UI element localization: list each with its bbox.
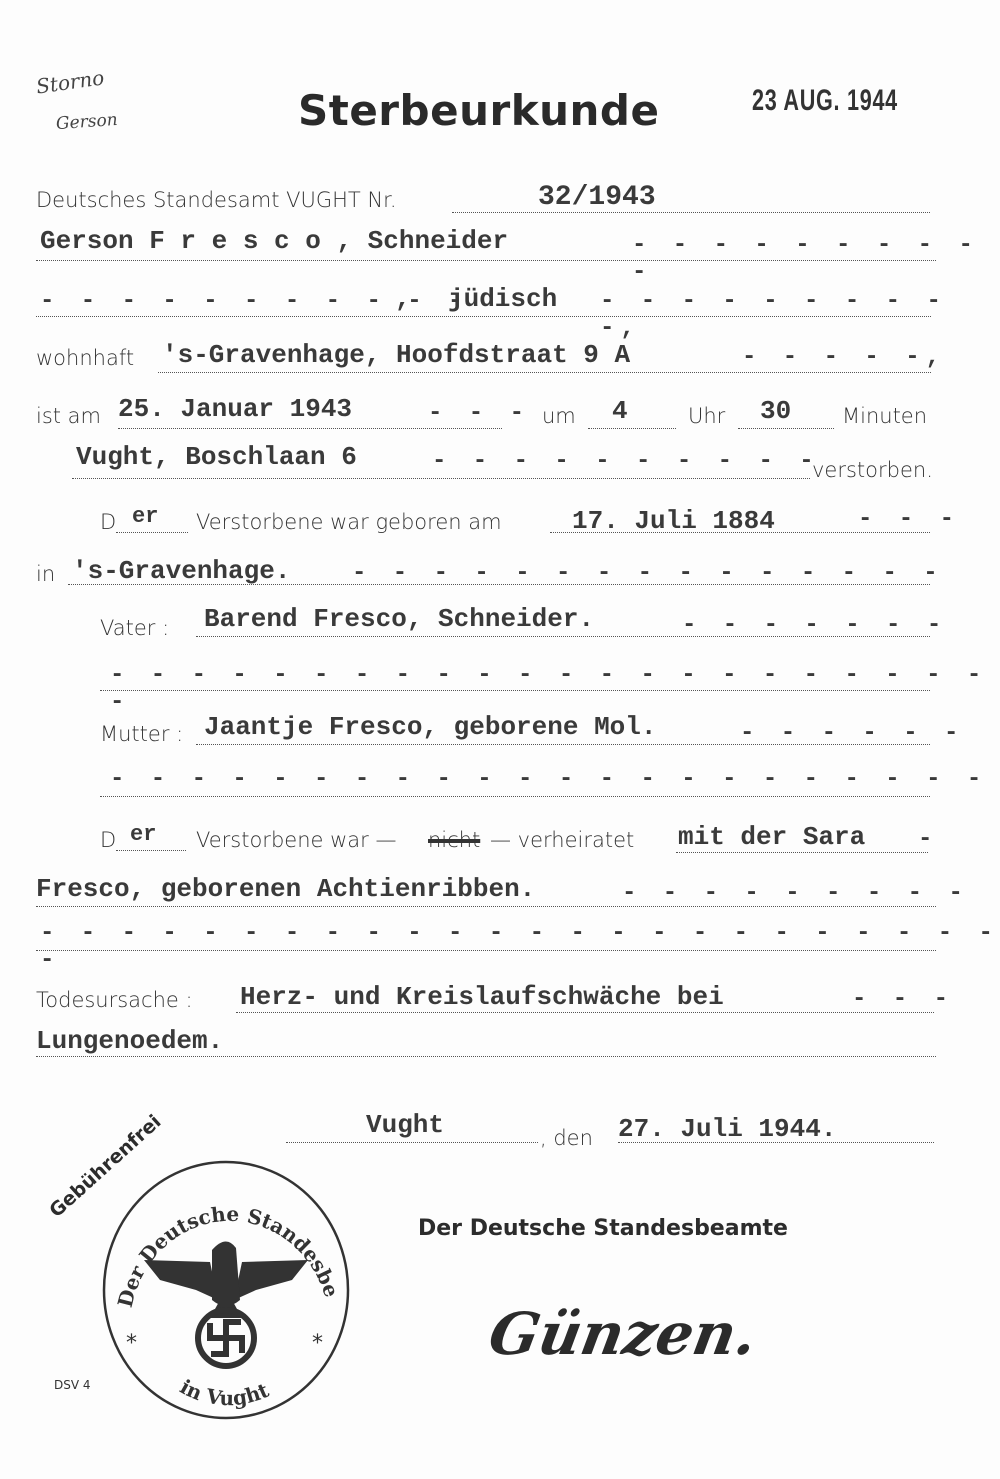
filler-dashes: - - - - - - - - - - - - - - - - - - - - … — [40, 920, 1000, 974]
svg-text:in Vught: in Vught — [176, 1374, 273, 1410]
marriage-article: er — [130, 822, 156, 847]
hour-line — [588, 428, 676, 429]
birth-article-line — [116, 532, 188, 533]
religion: jüdisch — [448, 284, 557, 314]
death-date: 25. Januar 1943 — [118, 394, 352, 424]
marriage-struck-word: nicht — [428, 828, 480, 852]
spouse-part-2: Fresco, geborenen Achtienribben. — [36, 874, 535, 904]
issue-den-label: , den — [540, 1126, 593, 1150]
svg-text:*: * — [312, 1331, 323, 1356]
received-stamp-date: 23 AUG. 1944 — [752, 84, 898, 118]
signer-title: Der Deutsche Standesbeamte — [418, 1216, 788, 1241]
minutes-line — [738, 428, 834, 429]
birth-place-label: in — [36, 562, 55, 586]
register-number-line — [452, 212, 930, 213]
cause-part-2: Lungenoedem. — [36, 1026, 223, 1056]
father-label: Vater : — [100, 616, 169, 640]
birth-place: 's-Gravenhage. — [72, 556, 290, 586]
death-date-label: ist am — [36, 404, 101, 428]
birth-date: 17. Juli 1884 — [572, 506, 775, 536]
spouse-part-1: mit der Sara — [678, 822, 865, 852]
filler-dashes: - - - - - - - — [682, 612, 947, 639]
filler-dashes: - - - - - - - - - - — [432, 448, 820, 475]
issue-place-line — [286, 1142, 538, 1143]
filler-dashes: - - - - - - - - - -, — [600, 288, 1000, 342]
filler-dashes: - - - - -, — [742, 344, 946, 371]
filler-dashes: - - - - - - - - - - - - - - - — [352, 560, 944, 587]
form-number: DSV 4 — [54, 1378, 91, 1392]
cause-part-1: Herz- und Kreislaufschwäche bei — [240, 982, 724, 1012]
mother: Jaantje Fresco, geborene Mol. — [204, 712, 656, 742]
marriage-label-2: — verheiratet — [490, 828, 634, 852]
residence: 's-Gravenhage, Hoofdstraat 9 A — [162, 340, 630, 370]
margin-note-line-1: Storno — [35, 65, 106, 98]
cause-line — [236, 1012, 934, 1013]
office-label: Deutsches Standesamt VUGHT Nr. — [36, 188, 397, 212]
death-place: Vught, Boschlaan 6 — [76, 442, 357, 472]
time-label-um: um — [542, 404, 576, 428]
birth-label: Verstorbene war geboren am — [196, 510, 502, 534]
birth-article: er — [132, 504, 158, 529]
death-hour: 4 — [612, 396, 628, 426]
filler-dashes: - - - - - - — [740, 720, 964, 747]
document-title: Sterbeurkunde — [298, 86, 659, 135]
register-number: 32/1943 — [538, 182, 656, 213]
death-minutes: 30 — [760, 396, 791, 426]
filler-dashes: - - - — [428, 400, 530, 427]
marriage-prefix: D — [100, 828, 116, 852]
residence-line — [158, 372, 931, 373]
mother-continuation-line — [100, 796, 930, 797]
filler-dashes: - - - - - - - - - - - - - - - - - - - - … — [110, 662, 1000, 716]
mother-label: Mutter : — [100, 722, 183, 746]
marriage-article-line — [116, 850, 186, 851]
time-label-uhr: Uhr — [688, 404, 725, 428]
death-place-line — [72, 478, 810, 479]
seal-text-bottom: in Vught — [176, 1374, 273, 1410]
birth-prefix: D — [100, 510, 116, 534]
death-certificate-page: Storno Gerson Sterbeurkunde 23 AUG. 1944… — [0, 0, 1000, 1479]
filler-dashes: - - - - - - - - - — [622, 880, 969, 907]
cause-continuation-line — [36, 1056, 936, 1057]
time-label-minuten: Minuten — [842, 404, 927, 428]
signature: Günzen. — [484, 1300, 762, 1368]
filler-dashes: - - - — [858, 506, 960, 533]
died-label: verstorben. — [812, 458, 933, 482]
official-seal-icon: Der Deutsche Standesbeamte in Vught * * — [100, 1150, 352, 1422]
svg-text:*: * — [126, 1331, 137, 1356]
issue-place: Vught — [366, 1110, 444, 1140]
religion-comma: , — [395, 284, 411, 314]
cause-label: Todesursache : — [36, 988, 193, 1012]
margin-note-line-2: Gerson — [55, 110, 118, 134]
filler-dashes: - — [918, 826, 938, 853]
deceased-name-occupation: Gerson F r e s c o , Schneider — [40, 226, 508, 256]
spouse-line — [676, 852, 928, 853]
filler-dashes: - - - - - - - - - - - - - - - - - - - - … — [110, 766, 987, 793]
issue-date: 27. Juli 1944. — [618, 1114, 836, 1144]
marriage-label: Verstorbene war — — [196, 828, 396, 852]
residence-label: wohnhaft — [36, 346, 134, 370]
father: Barend Fresco, Schneider. — [204, 604, 594, 634]
filler-dashes: - - - - - - - - - - — [632, 232, 1000, 286]
filler-dashes: - - - — [852, 986, 954, 1013]
death-date-line — [118, 428, 502, 429]
